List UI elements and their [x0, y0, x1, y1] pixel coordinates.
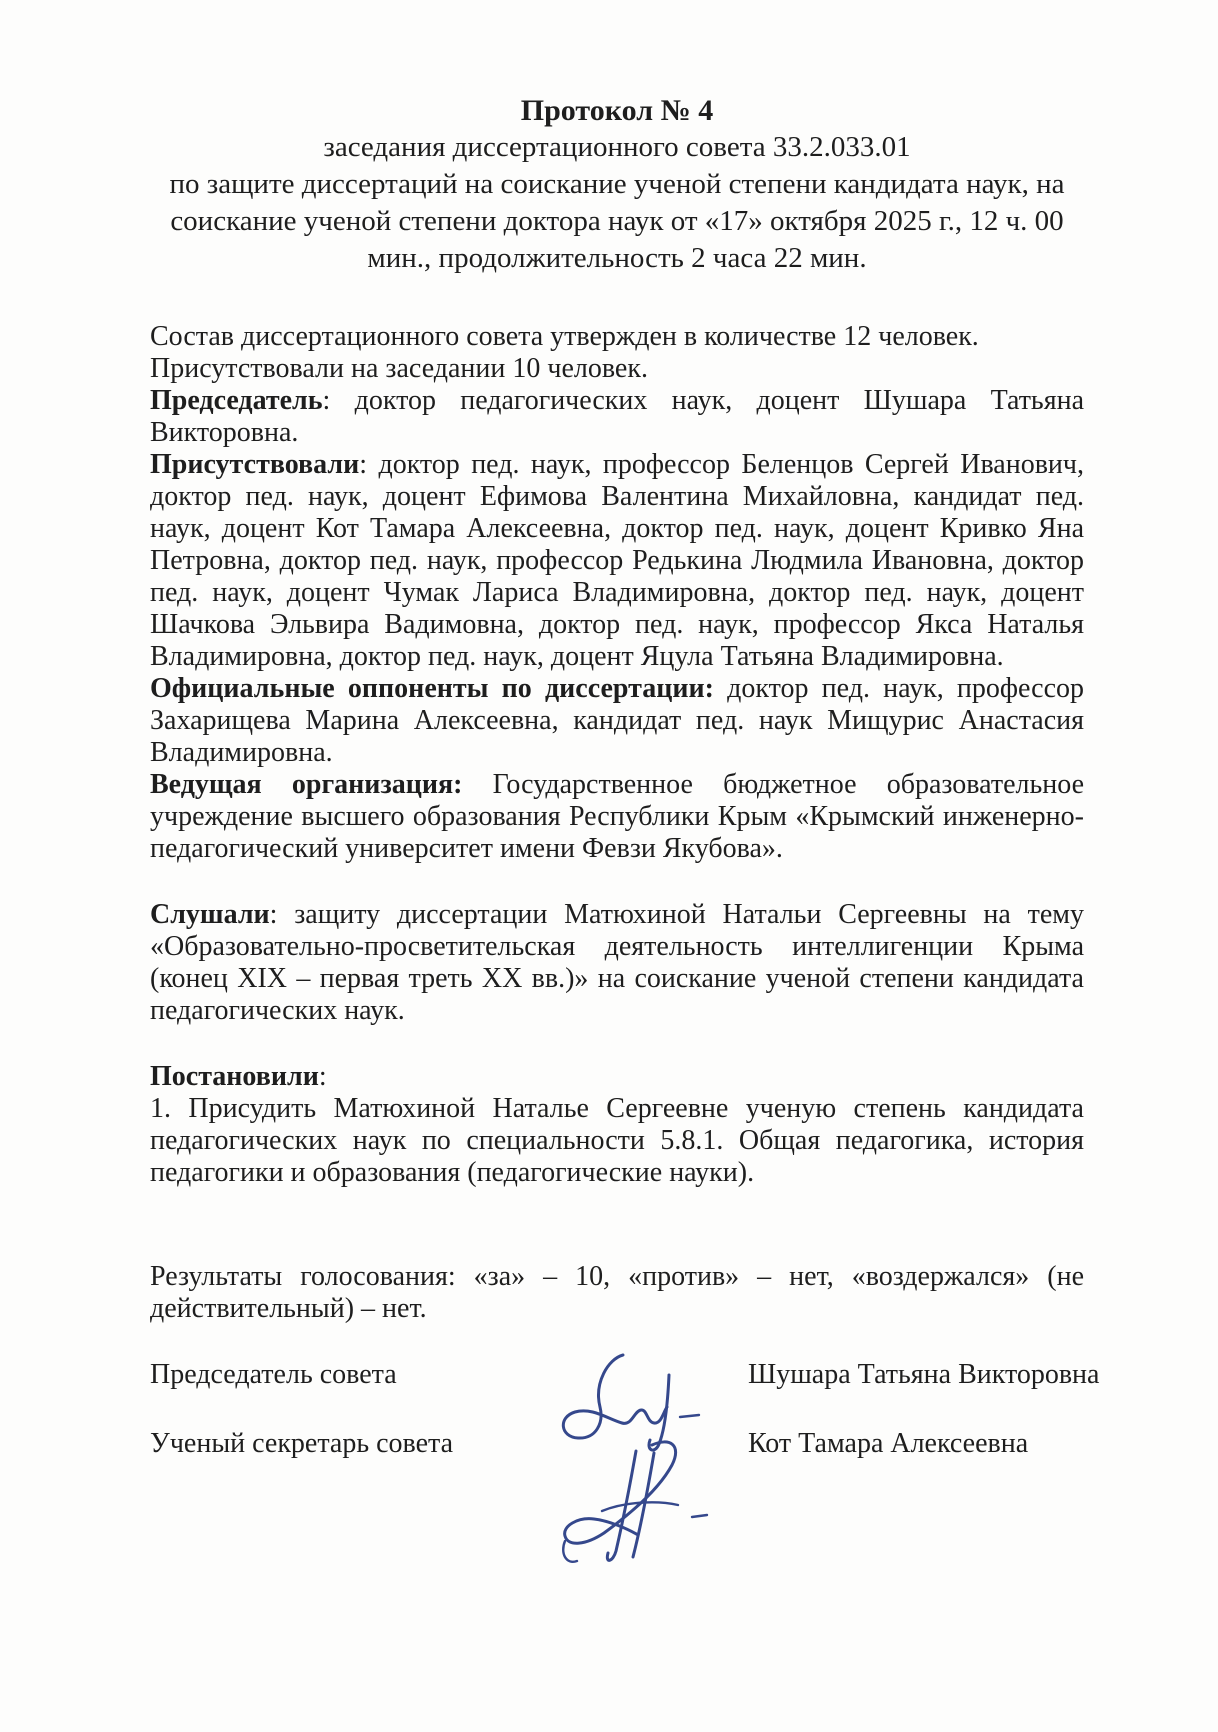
paragraph: Ведущая организация: Государственное бюд… [150, 769, 1084, 865]
page-title: Протокол № 4 [150, 92, 1084, 129]
signature-person-name: Шушара Татьяна Викторовна [748, 1359, 1099, 1391]
document-body: Протокол № 4 заседания диссертационного … [150, 92, 1084, 1461]
signature-rows: Председатель советаШушара Татьяна Виктор… [150, 1359, 1084, 1461]
signature-role-label: Председатель совета [150, 1359, 397, 1391]
paragraph: Результаты голосования: «за» – 10, «прот… [150, 1261, 1084, 1325]
paragraph-lead: Присутствовали [150, 449, 359, 480]
paragraph-lead: Ведущая организация: [150, 769, 462, 800]
title-subtitle-line: мин., продолжительность 2 часа 22 мин. [150, 240, 1084, 277]
paragraph: Председатель: доктор педагогических наук… [150, 385, 1084, 449]
title-subtitle-line: по защите диссертаций на соискание учено… [150, 166, 1084, 203]
signature-role-label: Ученый секретарь совета [150, 1428, 453, 1460]
title-block: Протокол № 4 заседания диссертационного … [150, 92, 1084, 277]
signature-row: Председатель советаШушара Татьяна Виктор… [150, 1359, 1084, 1392]
paragraph-lead: Председатель [150, 385, 323, 416]
paragraph: Присутствовали на заседании 10 человек. [150, 353, 1084, 385]
signature-person-name: Кот Тамара Алексеевна [748, 1428, 1028, 1460]
paragraph: Официальные оппоненты по диссертации: до… [150, 673, 1084, 769]
paragraph: Слушали: защиту диссертации Матюхиной На… [150, 899, 1084, 1027]
paragraph: Состав диссертационного совета утвержден… [150, 321, 1084, 353]
signature-row: Ученый секретарь советаКот Тамара Алексе… [150, 1428, 1084, 1461]
paragraph: Постановили: [150, 1061, 1084, 1093]
paragraph-lead: Постановили [150, 1061, 319, 1092]
title-subtitle-line: соискание ученой степени доктора наук от… [150, 203, 1084, 240]
title-subtitle: заседания диссертационного совета 33.2.0… [150, 129, 1084, 277]
paragraph-lead: Слушали [150, 899, 270, 930]
scanned-protocol-page: { "colors": { "ink": "#1e1e1e", "signatu… [0, 0, 1218, 1732]
paragraph-lead: Официальные оппоненты по диссертации: [150, 673, 714, 704]
title-subtitle-line: заседания диссертационного совета 33.2.0… [150, 129, 1084, 166]
paragraph: 1. Присудить Матюхиной Наталье Сергеевне… [150, 1093, 1084, 1189]
body-paragraphs: Состав диссертационного совета утвержден… [150, 321, 1084, 1325]
paragraph: Присутствовали: доктор пед. наук, профес… [150, 449, 1084, 673]
